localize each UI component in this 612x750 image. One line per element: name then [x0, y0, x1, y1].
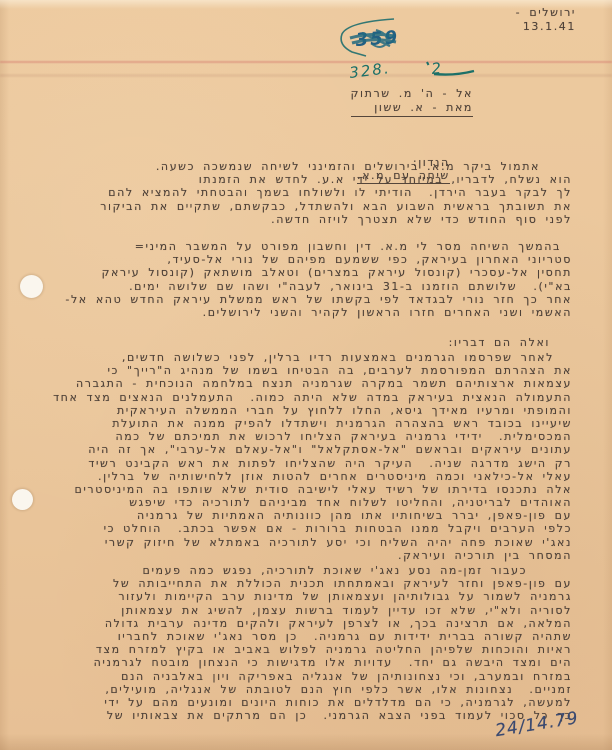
text-line: תחסין אל-עסכרי (קונסול עיראק במצרים) וטא… [14, 266, 572, 279]
text-line: אלה נתכנסו בדירתו של רשיד עאלי לישיבה סו… [14, 483, 572, 496]
text-line: כעבור זמן-מה נסע נאג'י שאוכת לתורכיה, נפ… [14, 564, 572, 577]
city-line: ירושלים - [516, 6, 576, 20]
text-line: שיעיינו בכובד ראש בהצהרה הגרמנית וישתדלו… [14, 417, 572, 430]
from-line: מאת - א. ששון [351, 101, 473, 117]
text-line: עתונים עיראקים ובראשם "אל-אסתקלאל" ו"אל-… [14, 443, 572, 456]
text-line: נאג'י שאוכת פחה יהיה השליח וכי יסע לתורכ… [14, 536, 572, 549]
faint-crease-line [0, 74, 612, 77]
page-mark-dot [427, 62, 429, 65]
pink-rule-line [0, 61, 612, 63]
text-line: עם פון-פאפן וחזר לעיראק ובאמתחתו תכנית ה… [14, 577, 572, 590]
text-line: במזרח ובמערב, וכי נצחונותיהן של אנגליה ב… [14, 670, 572, 683]
text-line: רק הישג מדרגה שניה. העיקר היה שהצליחו לפ… [14, 457, 572, 470]
text-line: סטריוני האחרון בעיראק, כפי ששמעם מפיהם ש… [14, 253, 572, 266]
text-line: למעשה, לגרמניה, כי הם מדלדלים את כוחות ה… [14, 696, 572, 709]
text-line: האוהדים לבריטניה, והחליטו לשלוח אחד מבינ… [14, 496, 572, 509]
text-line: אתמול ביקר מ.א. בירושלים והזמינני לשיחה … [14, 160, 572, 173]
text-line: את הצהרתם המפורסמת לערבים, בה הבטיחו בשמ… [14, 364, 572, 377]
text-line: לסוריה ולא"י, שלא זכו עדיין לעמוד ברשות … [14, 604, 572, 617]
text-line: והמופתי ומרעיו מאידך גיסא, החלו ללחוץ על… [14, 404, 572, 417]
text-line: שתהיה קשורה בברית ידידות עם גרמניה. כן מ… [14, 630, 572, 643]
text-line: האשמי ושני האחרים חזרו הראשון לקהיר והשנ… [14, 306, 572, 319]
text-line: זמניים. נצחונות אלו, אשר כלפי חוץ הנם לט… [14, 683, 572, 696]
text-line: עם פון-פאפן, יברר בשיחותיו אתו מהן כוונו… [14, 509, 572, 522]
text-line: עאלי אל-כילאני וכמה מיניסטרים אחרים להטו… [14, 470, 572, 483]
text-line: אחר כך חזר נורי לבגדאד לפי בקשתו של ראש … [14, 293, 572, 306]
text-line: הים ומצד היבשה גם יחד. עדויות אלו מדגישו… [14, 656, 572, 669]
text-line: את תשובתך בראשית השבוע הבא ולהשתדל, כבקש… [14, 200, 572, 213]
text-line: ואלה הם דבריו: [14, 336, 550, 349]
text-line: המכסימלית. ידידי גרמניה בעיראק הצליחו לר… [14, 430, 572, 443]
text-line: התעמולה הנאצית בעיראק במדה שלא היתה כמוה… [14, 391, 572, 404]
text-line: הוא נשלח, לדבריו, במיוחד על ידי א.ע. לחד… [14, 173, 572, 186]
date-line: 13.1.41 [516, 20, 576, 34]
paragraph-3: לאחר שפרסמו הגרמנים באמצעות רדיו ברלין, … [14, 351, 572, 562]
text-line: עצמאות ארצותיהם תשמר במקרה שגרמניה תנצח … [14, 377, 572, 390]
paragraph-1: אתמול ביקר מ.א. בירושלים והזמינני לשיחה … [14, 160, 572, 226]
text-line: לפני סוף החודש כדי שלא תצטרך לויזה חדשה. [14, 213, 572, 226]
paragraph-2: בהמשך השיחה מסר לי מ.א. דין וחשבון מפורט… [14, 240, 572, 319]
text-line: המסחר בין תורכיה ועיראק. [14, 549, 572, 562]
text-line: בא"י). שלושתם הוזמנו ב-31 בינואר, לעבה"י… [14, 280, 572, 293]
interlude-line: ואלה הם דבריו: [14, 336, 572, 349]
text-line: לאחר שפרסמו הגרמנים באמצעות רדיו ברלין, … [14, 351, 572, 364]
handwritten-marks: 359 328. 2 [332, 16, 512, 94]
registry-number: 328. [348, 59, 391, 82]
city-date-block: ירושלים - 13.1.41 [516, 6, 576, 33]
to-from-block: אל - ה' מ. שרתוק מאת - א. ששון [351, 87, 473, 117]
text-line: לך לבקר בעבר הירדן. הודיתי לו ולשולחו בש… [14, 186, 572, 199]
paragraph-4: כעבור זמן-מה נסע נאג'י שאוכת לתורכיה, נפ… [14, 564, 572, 722]
text-line: גרמניה לשמור על גבולותיהן ועצמאותן של מד… [14, 590, 572, 603]
text-line: כלפי הערבים ויקבל ממנו הבטחות ברורות - א… [14, 522, 572, 535]
to-line: אל - ה' מ. שרתוק [351, 87, 473, 101]
text-line: בהמשך השיחה מסר לי מ.א. דין וחשבון מפורט… [14, 240, 572, 253]
text-line: כך כל סכוי לעמוד בפני הצבא הגרמני. כן הם… [14, 709, 572, 722]
text-line: המלאה, אם תרצינה בכך, או לצרפן לעיראק ול… [14, 617, 572, 630]
text-line: ראיות והוכחות שלפיהן החליטה גרמניה לפלוש… [14, 643, 572, 656]
